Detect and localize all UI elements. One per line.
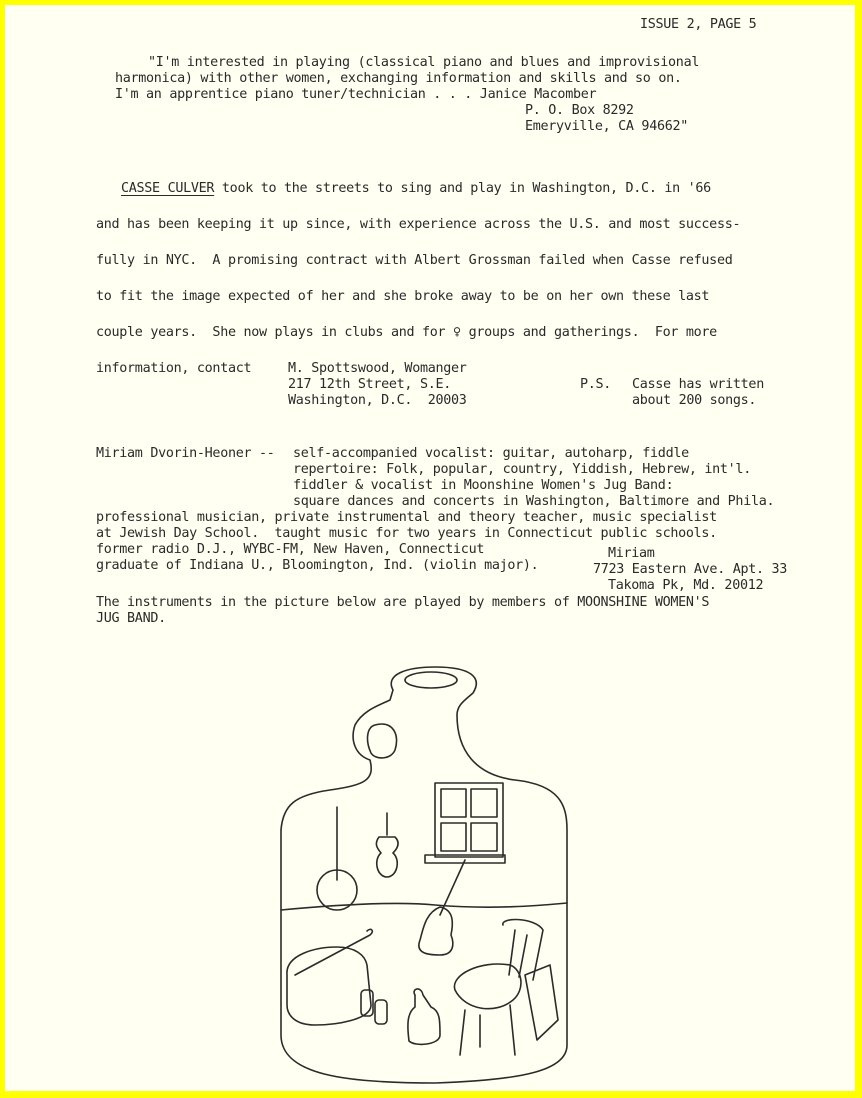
- miriam-indented-line: repertoire: Folk, popular, country, Yidd…: [293, 462, 751, 478]
- washboard: [525, 965, 558, 1040]
- jug-drawing: [275, 655, 595, 1095]
- janice-quote-line: harmonica) with other women, exchanging …: [115, 71, 682, 87]
- casse-line: fully in NYC. A promising contract with …: [96, 253, 732, 269]
- jug-mouth: [405, 672, 457, 688]
- document-page: ISSUE 2, PAGE 5 "I'm interested in playi…: [5, 5, 855, 1091]
- miriam-indented-line: square dances and concerts in Washington…: [293, 494, 774, 510]
- casse-line: couple years. She now plays in clubs and…: [96, 325, 717, 341]
- casse-name: CASSE CULVER: [121, 181, 214, 196]
- janice-quote-line: "I'm interested in playing (classical pi…: [148, 55, 699, 71]
- page-label: ISSUE 2, PAGE 5: [640, 17, 756, 33]
- casse-contact-line: M. Spottswood, Womanger: [288, 361, 467, 377]
- caption-line: The instruments in the picture below are…: [96, 595, 709, 611]
- window: [435, 783, 503, 857]
- small-jug: [408, 989, 440, 1044]
- miriam-name: Miriam Dvorin-Heoner --: [96, 446, 275, 462]
- miriam-indented-line: self-accompanied vocalist: guitar, autoh…: [293, 446, 689, 462]
- miriam-line: at Jewish Day School. taught music for t…: [96, 526, 717, 542]
- miriam-line: professional musician, private instrumen…: [96, 510, 717, 526]
- casse-first-line: CASSE CULVER took to the streets to sing…: [121, 181, 711, 197]
- janice-address-line: Emeryville, CA 94662": [525, 119, 688, 135]
- casse-contact-line: 217 12th Street, S.E.: [288, 377, 451, 393]
- miriam-address-line: Miriam: [608, 546, 655, 562]
- ps-line: Casse has written: [632, 377, 764, 393]
- ps-label: P.S.: [580, 377, 611, 393]
- miriam-indented-line: fiddler & vocalist in Moonshine Women's …: [293, 478, 673, 494]
- casse-text: took to the streets to sing and play in …: [214, 181, 711, 196]
- violin: [376, 813, 398, 877]
- casse-line: to fit the image expected of her and she…: [96, 289, 709, 305]
- miriam-line: graduate of Indiana U., Bloomington, Ind…: [96, 558, 538, 574]
- jug-illustration: [275, 655, 595, 1095]
- casse-contact-label: information, contact: [96, 361, 251, 377]
- washtub: [287, 947, 371, 1025]
- miriam-address-line: 7723 Eastern Ave. Apt. 33: [593, 562, 787, 578]
- ps-line: about 200 songs.: [632, 393, 756, 409]
- autoharp: [454, 964, 521, 1009]
- miriam-address-line: Takoma Pk, Md. 20012: [608, 578, 763, 594]
- casse-line: and has been keeping it up since, with e…: [96, 217, 740, 233]
- janice-address-line: P. O. Box 8292: [525, 103, 634, 119]
- caption-line: JUG BAND.: [96, 611, 166, 627]
- guitar-body: [419, 907, 453, 955]
- casse-contact-line: Washington, D.C. 20003: [288, 393, 467, 409]
- janice-quote-line: I'm an apprentice piano tuner/technician…: [115, 87, 596, 103]
- miriam-line: former radio D.J., WYBC-FM, New Haven, C…: [96, 542, 484, 558]
- jug-handle-hole: [368, 724, 397, 758]
